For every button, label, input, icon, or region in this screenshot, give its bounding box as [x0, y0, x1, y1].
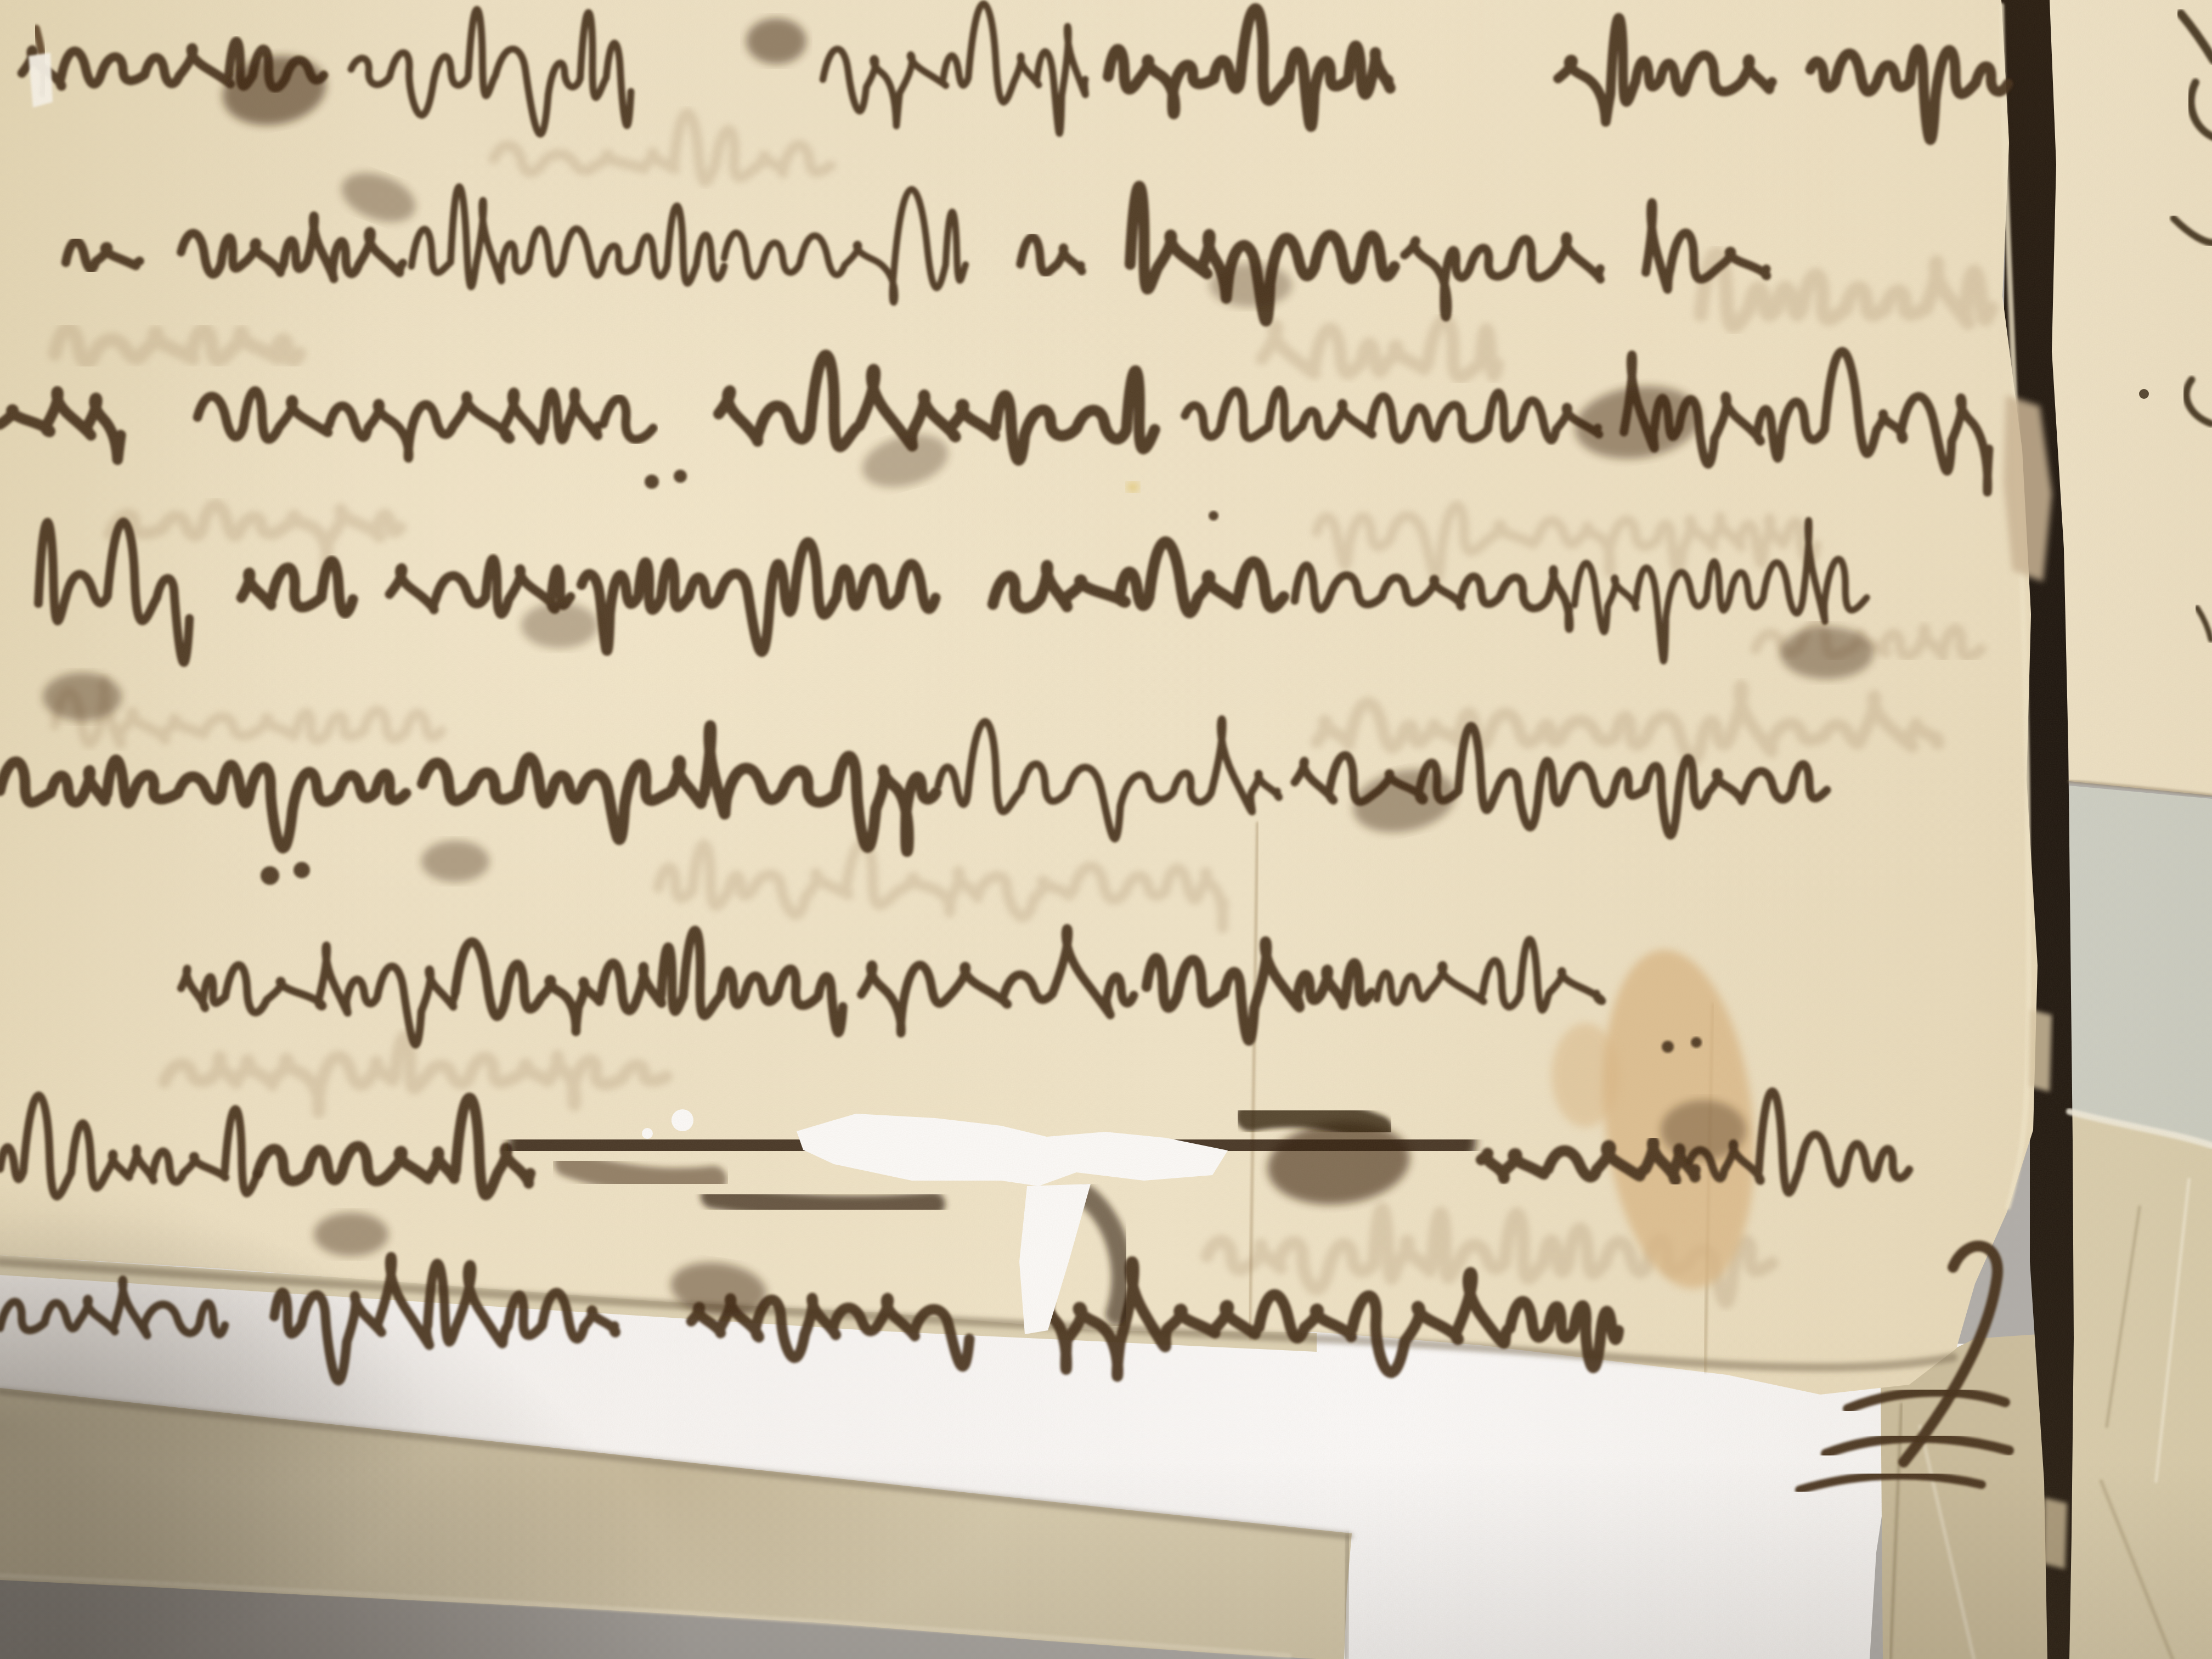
manuscript-photo [0, 0, 2212, 1659]
